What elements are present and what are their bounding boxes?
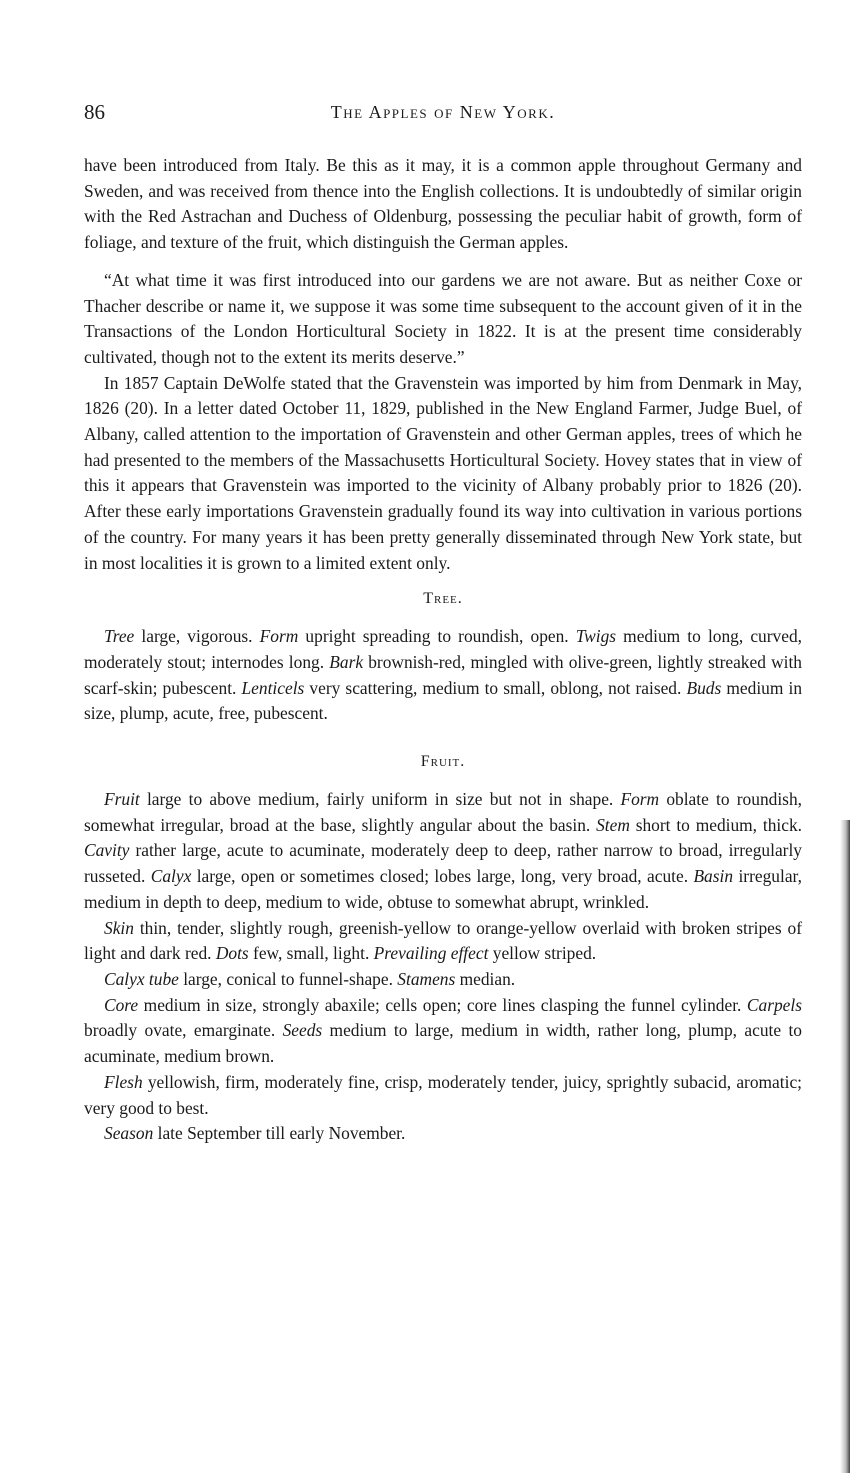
term: Tree <box>104 626 134 646</box>
paragraph-tree-description: Tree large, vigorous. Form upright sprea… <box>84 624 802 727</box>
term: Lenticels <box>242 678 305 698</box>
running-title: The Apples of New York. <box>84 102 802 123</box>
term: Calyx tube <box>104 969 179 989</box>
paragraph-fruit-season: Season late September till early Novembe… <box>84 1121 802 1147</box>
paragraph-quotation: “At what time it was first introduced in… <box>84 268 802 371</box>
term: Skin <box>104 918 134 938</box>
paragraph-fruit-skin: Skin thin, tender, slightly rough, green… <box>84 916 802 967</box>
term: Flesh <box>104 1072 143 1092</box>
term: Prevailing effect <box>374 943 489 963</box>
term: Stamens <box>397 969 455 989</box>
term: Buds <box>686 678 721 698</box>
paragraph-fruit-core: Core medium in size, strongly abaxile; c… <box>84 993 802 1070</box>
term: Seeds <box>283 1020 323 1040</box>
term: Cavity <box>84 840 129 860</box>
scan-binding-shadow <box>840 820 850 1473</box>
term: Basin <box>693 866 733 886</box>
term: Season <box>104 1123 153 1143</box>
term: Dots <box>216 943 249 963</box>
paragraph-fruit-form: Fruit large to above medium, fairly unif… <box>84 787 802 916</box>
paragraph-intro-continuation: have been introduced from Italy. Be this… <box>84 153 802 256</box>
term: Core <box>104 995 138 1015</box>
term: Bark <box>329 652 363 672</box>
paragraph-fruit-calyx-tube: Calyx tube large, conical to funnel-shap… <box>84 967 802 993</box>
body-text: have been introduced from Italy. Be this… <box>84 153 802 1147</box>
page-header: 86 The Apples of New York. <box>84 100 802 130</box>
term: Form <box>620 789 659 809</box>
term: Stem <box>596 815 630 835</box>
paragraph-fruit-flesh: Flesh yellowish, firm, moderately fine, … <box>84 1070 802 1121</box>
term: Calyx <box>151 866 192 886</box>
term: Twigs <box>576 626 616 646</box>
term: Carpels <box>747 995 802 1015</box>
section-heading-fruit: Fruit. <box>84 753 802 771</box>
term: Form <box>260 626 299 646</box>
term: Fruit <box>104 789 140 809</box>
paragraph-history: In 1857 Captain DeWolfe stated that the … <box>84 371 802 577</box>
section-heading-tree: Tree. <box>84 590 802 608</box>
